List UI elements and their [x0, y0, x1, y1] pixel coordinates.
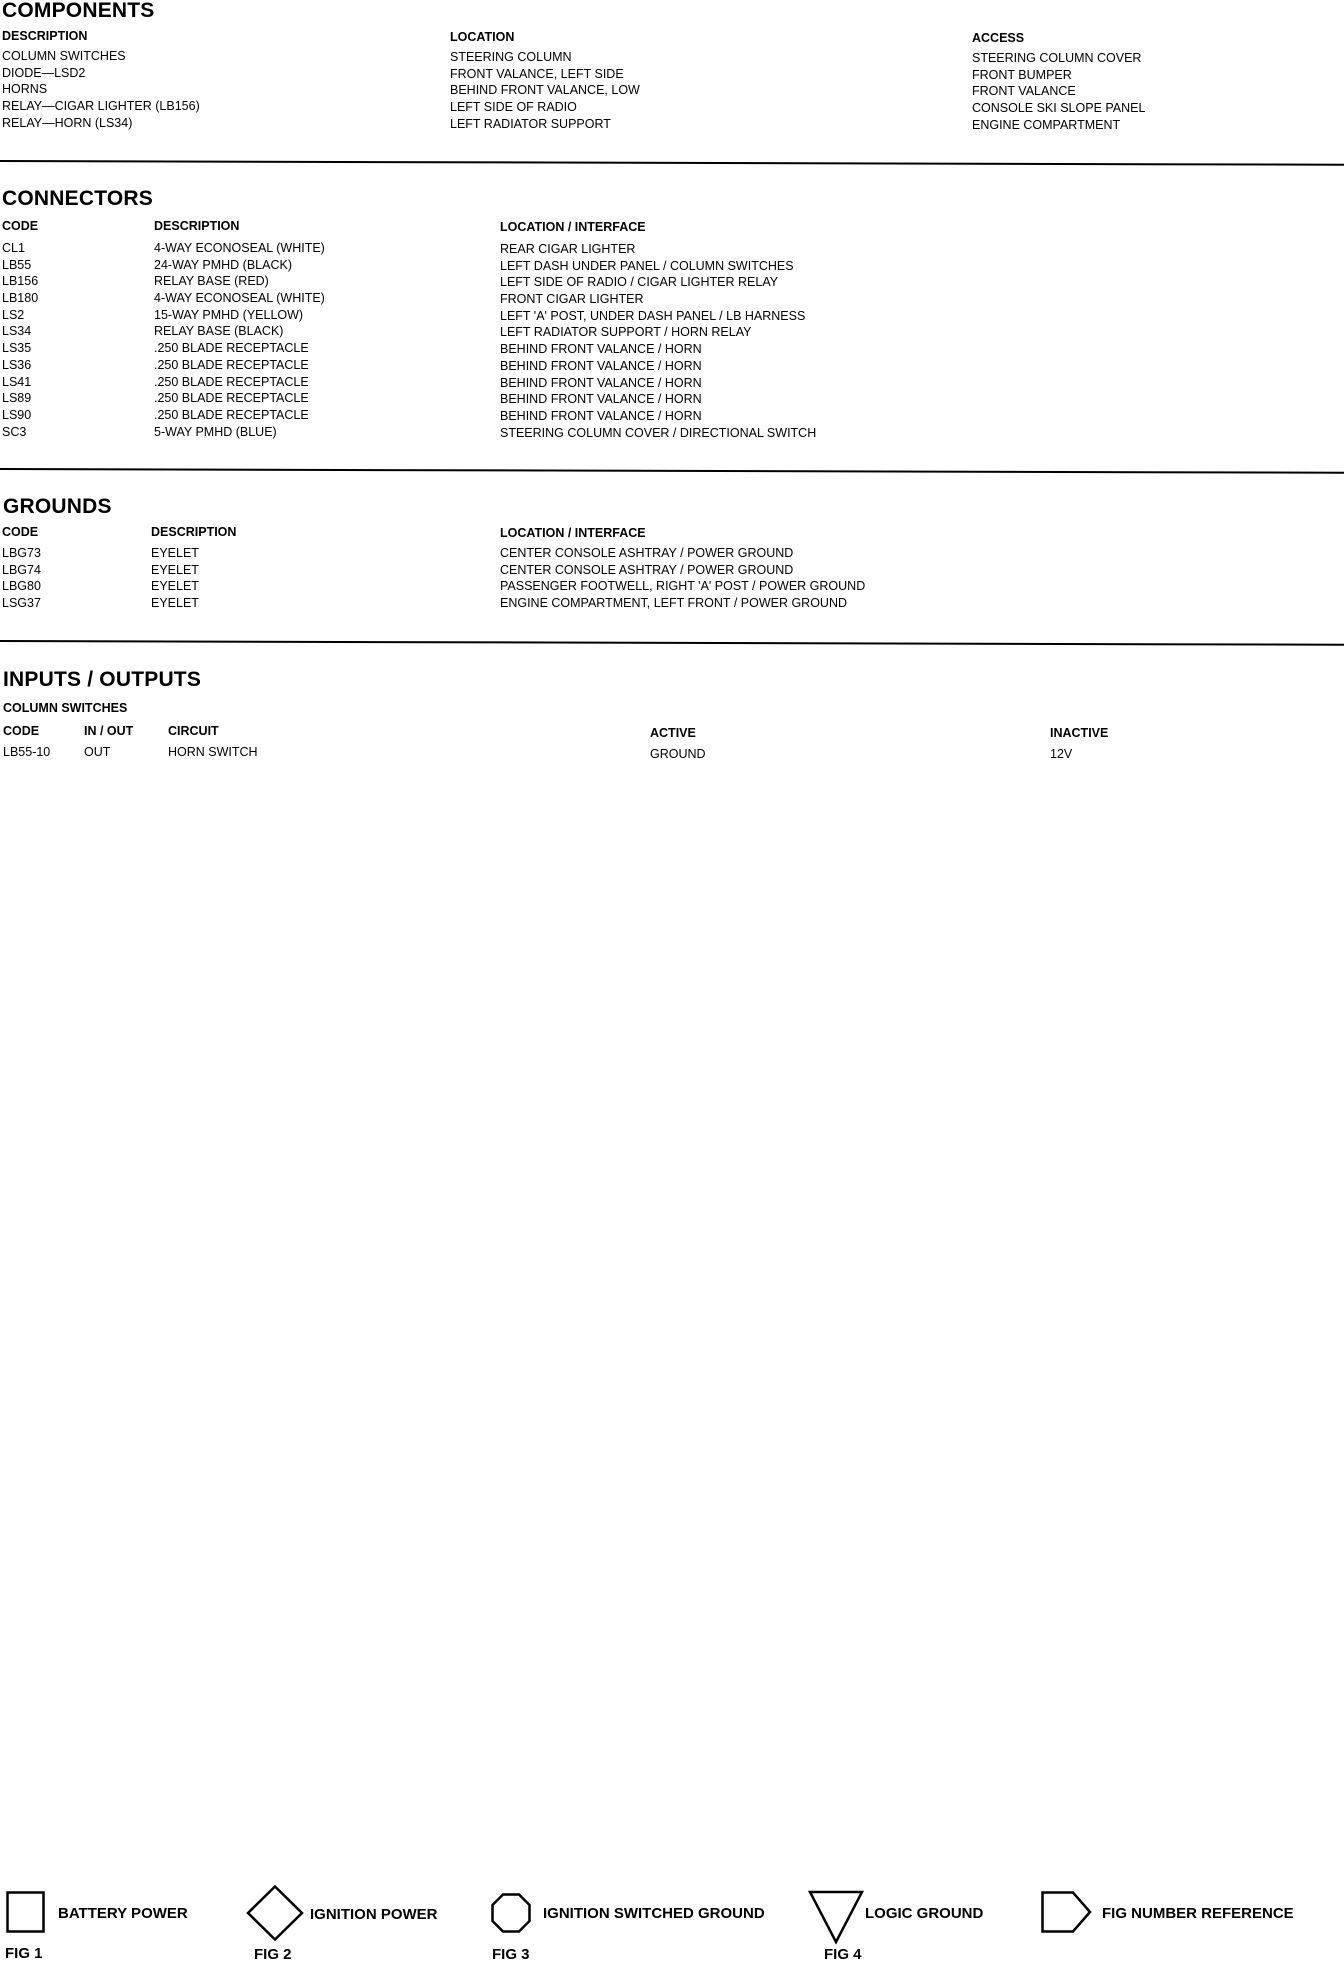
components-row-location: LEFT SIDE OF RADIO	[450, 99, 640, 116]
grounds-description-column: EYELET EYELET EYELET EYELET	[151, 545, 199, 612]
ground-code: LBG74	[2, 562, 41, 579]
ground-description: EYELET	[151, 595, 199, 612]
connector-location: LEFT 'A' POST, UNDER DASH PANEL / LB HAR…	[500, 308, 816, 325]
octagon-icon	[491, 1893, 531, 1933]
io-code: LB55-10	[3, 746, 50, 759]
components-row-location: FRONT VALANCE, LEFT SIDE	[450, 66, 640, 83]
connector-code: LS2	[2, 307, 38, 324]
connector-location: BEHIND FRONT VALANCE / HORN	[500, 341, 816, 358]
connector-code: LB156	[2, 273, 38, 290]
connector-description: 24-WAY PMHD (BLACK)	[154, 257, 325, 274]
components-row-access: STEERING COLUMN COVER	[972, 50, 1145, 67]
fig-label: FIG 3	[492, 1947, 530, 1962]
diamond-icon	[246, 1885, 304, 1941]
connectors-description-column: 4-WAY ECONOSEAL (WHITE) 24-WAY PMHD (BLA…	[154, 240, 325, 440]
connector-location: BEHIND FRONT VALANCE / HORN	[500, 358, 816, 375]
components-row-access: CONSOLE SKI SLOPE PANEL	[972, 100, 1145, 117]
grounds-location-column: CENTER CONSOLE ASHTRAY / POWER GROUND CE…	[500, 545, 865, 612]
connector-description: .250 BLADE RECEPTACLE	[154, 390, 325, 407]
components-header-description: DESCRIPTION	[2, 30, 87, 43]
fig-label: FIG 1	[5, 1946, 43, 1961]
ground-description: EYELET	[151, 545, 199, 562]
connector-location: REAR CIGAR LIGHTER	[500, 241, 816, 258]
connector-location: LEFT SIDE OF RADIO / CIGAR LIGHTER RELAY	[500, 274, 816, 291]
io-header-inactive: INACTIVE	[1050, 727, 1108, 740]
connector-code: LB180	[2, 290, 38, 307]
ground-location: PASSENGER FOOTWELL, RIGHT 'A' POST / POW…	[500, 578, 865, 595]
ground-code: LBG73	[2, 545, 41, 562]
components-row-description: DIODE—LSD2	[2, 65, 200, 82]
components-row-location: LEFT RADIATOR SUPPORT	[450, 116, 640, 133]
components-row-description: COLUMN SWITCHES	[2, 48, 200, 65]
connector-description: .250 BLADE RECEPTACLE	[154, 357, 325, 374]
connector-code: LS34	[2, 323, 38, 340]
legend-label: BATTERY POWER	[58, 1906, 188, 1921]
ground-description: EYELET	[151, 562, 199, 579]
connectors-location-column: REAR CIGAR LIGHTER LEFT DASH UNDER PANEL…	[500, 241, 816, 441]
connector-code: CL1	[2, 240, 38, 257]
connectors-header-description: DESCRIPTION	[154, 220, 239, 233]
ground-code: LBG80	[2, 578, 41, 595]
connector-location: FRONT CIGAR LIGHTER	[500, 291, 816, 308]
components-access-column: STEERING COLUMN COVER FRONT BUMPER FRONT…	[972, 50, 1145, 133]
inverted-triangle-icon	[808, 1890, 864, 1944]
io-header-active: ACTIVE	[650, 727, 696, 740]
connector-code: LS89	[2, 390, 38, 407]
components-row-description: HORNS	[2, 81, 200, 98]
connector-location: STEERING COLUMN COVER / DIRECTIONAL SWIT…	[500, 425, 816, 442]
section-divider	[0, 640, 1344, 646]
connector-location: LEFT RADIATOR SUPPORT / HORN RELAY	[500, 324, 816, 341]
components-title: COMPONENTS	[2, 0, 155, 21]
io-subtitle: COLUMN SWITCHES	[3, 702, 127, 715]
grounds-code-column: LBG73 LBG74 LBG80 LSG37	[2, 545, 41, 612]
components-description-column: COLUMN SWITCHES DIODE—LSD2 HORNS RELAY—C…	[2, 48, 200, 131]
components-row-description: RELAY—HORN (LS34)	[2, 115, 200, 132]
io-header-circuit: CIRCUIT	[168, 725, 219, 738]
connectors-code-column: CL1 LB55 LB156 LB180 LS2 LS34 LS35 LS36 …	[2, 240, 38, 440]
components-row-description: RELAY—CIGAR LIGHTER (LB156)	[2, 98, 200, 115]
components-header-location: LOCATION	[450, 31, 514, 44]
components-header-access: ACCESS	[972, 32, 1024, 45]
io-active: GROUND	[650, 748, 706, 761]
connector-description: 5-WAY PMHD (BLUE)	[154, 424, 325, 441]
connector-description: .250 BLADE RECEPTACLE	[154, 407, 325, 424]
connector-description: .250 BLADE RECEPTACLE	[154, 374, 325, 391]
components-row-location: STEERING COLUMN	[450, 49, 640, 66]
connector-description: RELAY BASE (RED)	[154, 273, 325, 290]
grounds-header-code: CODE	[2, 526, 38, 539]
fig-label: FIG 2	[254, 1947, 292, 1962]
connector-description: RELAY BASE (BLACK)	[154, 323, 325, 340]
grounds-header-description: DESCRIPTION	[151, 526, 236, 539]
components-row-access: FRONT VALANCE	[972, 83, 1145, 100]
section-divider	[0, 468, 1344, 474]
components-location-column: STEERING COLUMN FRONT VALANCE, LEFT SIDE…	[450, 49, 640, 132]
connector-description: 4-WAY ECONOSEAL (WHITE)	[154, 290, 325, 307]
components-row-access: ENGINE COMPARTMENT	[972, 117, 1145, 134]
components-row-access: FRONT BUMPER	[972, 67, 1145, 84]
connector-code: LB55	[2, 257, 38, 274]
ground-location: CENTER CONSOLE ASHTRAY / POWER GROUND	[500, 562, 865, 579]
io-circuit: HORN SWITCH	[168, 746, 258, 759]
connector-location: BEHIND FRONT VALANCE / HORN	[500, 408, 816, 425]
connector-code: LS41	[2, 374, 38, 391]
ground-location: ENGINE COMPARTMENT, LEFT FRONT / POWER G…	[500, 595, 865, 612]
connectors-title: CONNECTORS	[2, 188, 153, 209]
legend-label: IGNITION SWITCHED GROUND	[543, 1906, 765, 1921]
connector-code: LS36	[2, 357, 38, 374]
connectors-header-code: CODE	[2, 220, 38, 233]
ground-location: CENTER CONSOLE ASHTRAY / POWER GROUND	[500, 545, 865, 562]
connector-code: LS35	[2, 340, 38, 357]
connector-location: LEFT DASH UNDER PANEL / COLUMN SWITCHES	[500, 258, 816, 275]
components-row-location: BEHIND FRONT VALANCE, LOW	[450, 82, 640, 99]
io-header-code: CODE	[3, 725, 39, 738]
connector-description: .250 BLADE RECEPTACLE	[154, 340, 325, 357]
io-title: INPUTS / OUTPUTS	[3, 669, 201, 690]
square-icon	[6, 1891, 46, 1933]
grounds-header-location: LOCATION / INTERFACE	[500, 527, 646, 540]
io-header-in-out: IN / OUT	[84, 725, 133, 738]
connector-location: BEHIND FRONT VALANCE / HORN	[500, 391, 816, 408]
connector-location: BEHIND FRONT VALANCE / HORN	[500, 375, 816, 392]
connector-description: 15-WAY PMHD (YELLOW)	[154, 307, 325, 324]
connector-code: LS90	[2, 407, 38, 424]
pentagon-arrow-icon	[1041, 1891, 1093, 1933]
section-divider	[0, 160, 1344, 166]
ground-code: LSG37	[2, 595, 41, 612]
ground-description: EYELET	[151, 578, 199, 595]
io-inactive: 12V	[1050, 748, 1072, 761]
connectors-header-location: LOCATION / INTERFACE	[500, 221, 646, 234]
fig-label: FIG 4	[824, 1947, 862, 1962]
io-in-out: OUT	[84, 746, 110, 759]
connector-description: 4-WAY ECONOSEAL (WHITE)	[154, 240, 325, 257]
legend-label: FIG NUMBER REFERENCE	[1102, 1906, 1294, 1921]
grounds-title: GROUNDS	[3, 496, 112, 517]
legend-label: LOGIC GROUND	[865, 1906, 983, 1921]
legend-label: IGNITION POWER	[310, 1907, 438, 1922]
connector-code: SC3	[2, 424, 38, 441]
